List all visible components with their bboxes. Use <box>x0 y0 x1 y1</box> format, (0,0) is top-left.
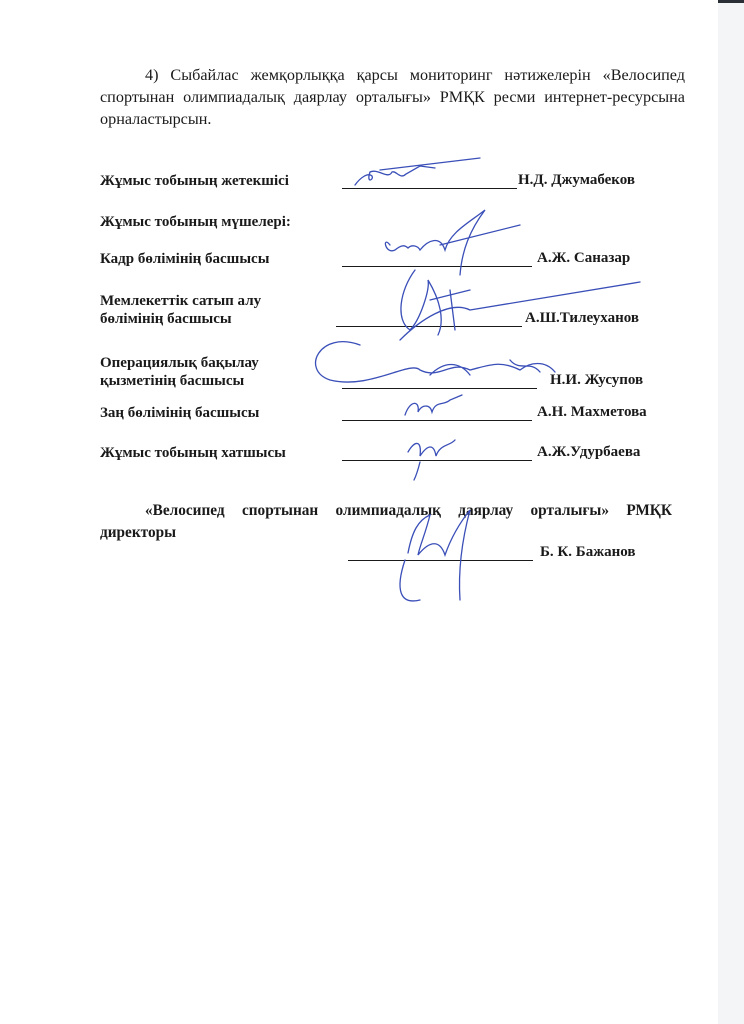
member-name: А.Н. Махметова <box>537 404 647 421</box>
signature-line <box>342 188 517 189</box>
member-role: Кадр бөлімінің басшысы <box>100 250 269 268</box>
member-role-line1: Мемлекеттік сатып алу <box>100 292 261 310</box>
leader-role: Жұмыс тобының жетекшісі <box>100 172 289 190</box>
member-name: А.Ш.Тилеуханов <box>525 310 639 327</box>
signature-line <box>342 388 537 389</box>
signature-line <box>342 266 532 267</box>
members-heading: Жұмыс тобының мүшелері: <box>100 213 291 231</box>
signature-line <box>342 460 532 461</box>
signature-line <box>348 560 533 561</box>
member-role-line1: Операциялық бақылау <box>100 354 259 372</box>
signature-line <box>342 420 532 421</box>
director-title: «Велосипед спортынан олимпиадалық даярла… <box>100 500 672 544</box>
member-name: А.Ж.Удурбаева <box>537 444 640 461</box>
scan-edge <box>718 0 744 1024</box>
member-role: Заң бөлімінің басшысы <box>100 404 259 422</box>
member-role-line2: қызметінің басшысы <box>100 372 244 390</box>
member-role: Жұмыс тобының хатшысы <box>100 444 286 462</box>
member-role-line2: бөлімінің басшысы <box>100 310 232 328</box>
scan-edge-top <box>718 0 744 3</box>
leader-name: Н.Д. Джумабеков <box>518 172 635 189</box>
signature-line <box>336 326 522 327</box>
paragraph-item-4: 4) Сыбайлас жемқорлыққа қарсы мониторинг… <box>100 64 685 130</box>
director-name: Б. К. Бажанов <box>540 544 635 561</box>
member-name: Н.И. Жусупов <box>550 372 643 389</box>
member-name: А.Ж. Саназар <box>537 250 630 267</box>
